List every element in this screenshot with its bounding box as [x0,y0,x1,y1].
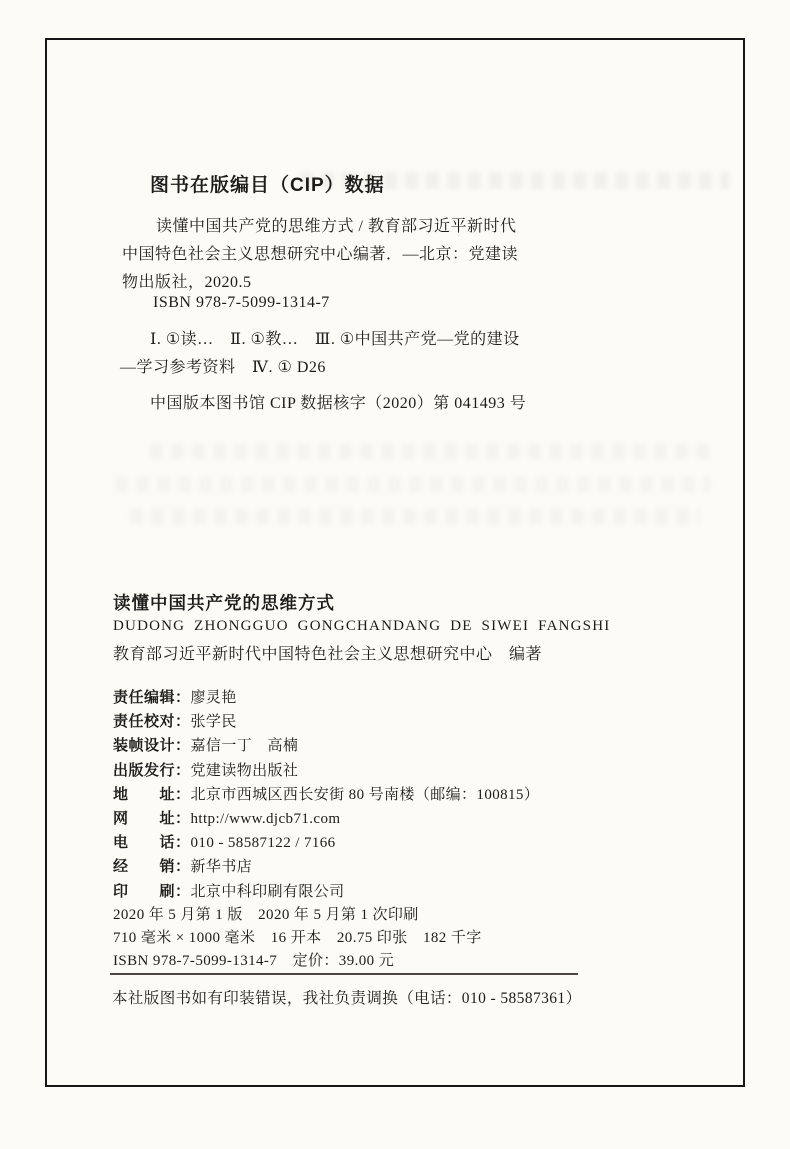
colophon-value: 北京中科印刷有限公司 [191,884,345,900]
isbn-price-line: ISBN 978-7-5099-1314-7 定价：39.00 元 [113,950,539,973]
cip-isbn: ISBN 978-7-5099-1314-7 [153,294,330,312]
format-line: 710 毫米 × 1000 毫米 16 开本 20.75 印张 182 千字 [113,927,539,950]
colophon-value: 廖灵艳 [191,690,237,706]
colophon-row-website: 网 址：http://www.djcb71.com [113,807,539,831]
colophon-value: http://www.djcb71.com [191,811,341,827]
cip-record-number: 中国版本图书馆 CIP 数据核字（2020）第 041493 号 [150,390,526,413]
colophon-label: 地 址： [113,786,191,803]
cip-classification-line-1: Ⅰ. ①读… Ⅱ. ①教… Ⅲ. ①中国共产党—党的建设 [150,326,520,349]
colophon-value: 010 - 58587122 / 7166 [191,835,336,851]
showthrough-artifact [115,476,710,493]
colophon-value: 张学民 [191,714,237,730]
cip-description-line-2: 中国特色社会主义思想研究中心编著．—北京：党建读 [122,241,518,264]
colophon-row-address: 地 址：北京市西城区西长安街 80 号南楼（邮编：100815） [113,783,539,807]
colophon-label: 经 销： [113,858,191,875]
misprint-exchange-note: 本社版图书如有印装错误，我社负责调换（电话：010 - 58587361） [112,986,581,1008]
colophon-row-printer: 印 刷：北京中科印刷有限公司 [113,880,539,904]
colophon-row-publisher: 出版发行：党建读物出版社 [113,759,539,783]
cip-description-line-1: 读懂中国共产党的思维方式 / 教育部习近平新时代 [156,213,516,236]
book-title: 读懂中国共产党的思维方式 [113,590,335,615]
cip-classification-line-2: —学习参考资料 Ⅳ. ① D26 [120,354,326,377]
colophon-value: 党建读物出版社 [191,763,299,779]
book-byline: 教育部习近平新时代中国特色社会主义思想研究中心 编著 [113,641,542,664]
edition-line: 2020 年 5 月第 1 版 2020 年 5 月第 1 次印刷 [113,904,539,927]
colophon-row-distributor: 经 销：新华书店 [113,855,539,879]
colophon-label: 出版发行： [113,762,191,779]
colophon-label: 责任编辑： [113,689,191,706]
colophon-label: 责任校对： [113,713,191,730]
colophon-value: 北京市西城区西长安街 80 号南楼（邮编：100815） [191,787,540,803]
colophon-label: 印 刷： [113,883,191,900]
colophon-row-editor: 责任编辑：廖灵艳 [113,686,539,710]
colophon-row-phone: 电 话：010 - 58587122 / 7166 [113,831,539,855]
showthrough-artifact [150,443,710,460]
footer-divider-rule [110,973,578,975]
colophon-label: 网 址： [113,810,191,827]
colophon-list: 责任编辑：廖灵艳 责任校对：张学民 装帧设计：嘉信一丁 高楠 出版发行：党建读物… [113,686,539,973]
colophon-value: 嘉信一丁 高楠 [191,738,299,754]
cip-heading: 图书在版编目（CIP）数据 [150,170,385,197]
showthrough-artifact [130,508,700,525]
copyright-page: 图书在版编目（CIP）数据 读懂中国共产党的思维方式 / 教育部习近平新时代 中… [0,0,790,1149]
colophon-row-designer: 装帧设计：嘉信一丁 高楠 [113,734,539,758]
colophon-value: 新华书店 [191,859,253,875]
colophon-label: 电 话： [113,834,191,851]
colophon-row-proofreader: 责任校对：张学民 [113,710,539,734]
cip-description-line-3: 物出版社，2020.5 [122,269,252,292]
book-title-pinyin: DUDONG ZHONGGUO GONGCHANDANG DE SIWEI FA… [113,618,610,635]
colophon-label: 装帧设计： [113,737,191,754]
